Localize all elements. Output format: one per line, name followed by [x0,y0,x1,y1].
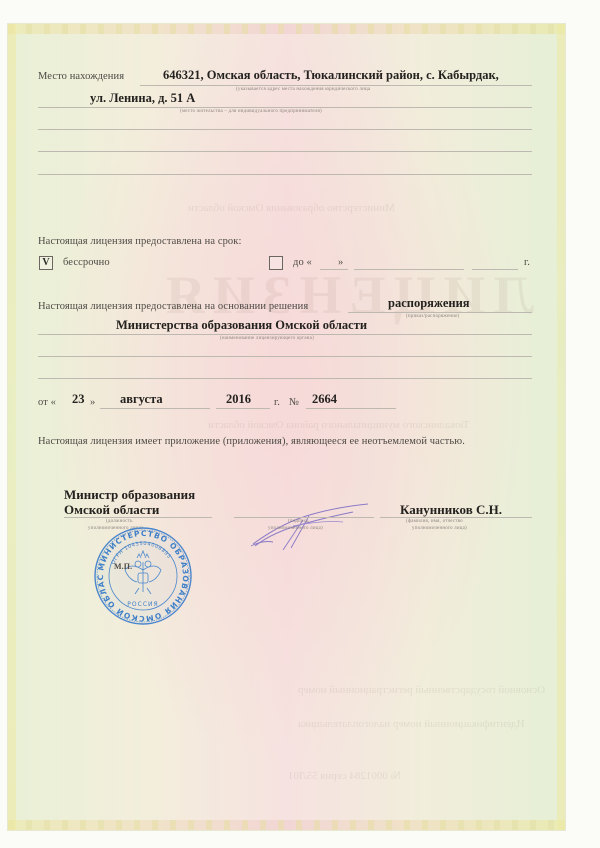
show-through-text: Тюкалинского муниципального района Омско… [208,419,470,431]
show-through-text: № 0001284 серия 55Л01 [288,770,401,782]
decision-number: 2664 [312,392,337,407]
date-prefix: от « [38,397,56,408]
until-checkbox[interactable] [269,256,283,270]
signatory-position-line2: Омской области [64,502,159,518]
signature-hint-2: уполномоченного лица) [268,526,323,531]
decorative-border-bottom [8,820,565,830]
until-year-suffix: г. [524,257,530,268]
rule [354,269,464,270]
date-day: 23 [72,392,85,407]
decorative-border-top [8,24,565,34]
appendix-note: Настоящая лицензия имеет приложение (при… [38,436,465,447]
seal-place-label: М.П. [114,562,132,571]
rule [320,269,348,270]
show-through-text: Основной государственный регистрационный… [298,684,545,696]
rule [38,378,532,379]
decorative-border-left [8,24,16,830]
term-label: Настоящая лицензия предоставлена на срок… [38,236,242,247]
rule [140,85,532,86]
rule [348,312,532,313]
licensing-authority: Министерства образования Омской области [116,318,367,333]
rule [38,174,532,175]
until-close-quote: » [338,257,343,268]
date-month: августа [120,392,163,407]
decision-type: распоряжения [388,296,470,311]
location-hint2: (место жительства – для индивидуального … [180,109,322,114]
decorative-border-right [557,24,565,830]
official-seal: МИНИСТЕРСТВО ОБРАЗОВАНИЯ ОМСКОЙ ОБЛАСТИ … [93,526,193,626]
date-year-suffix: г. [274,397,280,408]
rule [380,517,532,518]
date-year: 2016 [226,392,251,407]
rule [234,517,374,518]
rule [38,356,532,357]
rule [64,517,212,518]
show-through-watermark: ЛИЦЕНЗИЯ [158,264,534,326]
rule [38,129,532,130]
authority-hint: (наименование лицензирующего органа) [220,336,314,341]
number-sign: № [289,397,299,408]
date-day-close: » [90,397,95,408]
signatory-name: Канунников С.Н. [400,502,502,518]
signatory-position-line1: Министр образования [64,487,195,503]
rule [216,408,270,409]
rule [38,334,532,335]
signature-hint-1: (подпись [288,519,309,524]
name-hint-2: уполномоченного лица) [412,526,467,531]
decision-hint: (приказ/распоряжение) [406,314,459,319]
show-through-text: Идентификационный номер налогоплательщик… [298,718,525,730]
location-hint1: (указывается адрес места нахождения юрид… [236,87,370,92]
license-sheet: ЛИЦЕНЗИЯ Министерство образования Омской… [8,24,565,830]
location-label: Место нахождения [38,71,124,82]
rule [472,269,518,270]
indefinite-checkbox[interactable]: V [39,256,53,270]
rule [38,107,532,108]
show-through-text: Министерство образования Омской области [188,202,395,214]
rule [38,151,532,152]
location-line1: 646321, Омская область, Тюкалинский райо… [163,68,499,83]
position-hint-1: (должность [106,519,133,524]
indefinite-label: бессрочно [63,257,110,268]
until-label: до « [293,257,312,268]
basis-label: Настоящая лицензия предоставлена на осно… [38,301,308,312]
name-hint-1: (фамилия, имя, отчество [406,519,463,524]
rule [100,408,210,409]
seal-country: РОССИЯ [127,601,158,608]
location-line2: ул. Ленина, д. 51 А [90,91,195,106]
rule [306,408,396,409]
